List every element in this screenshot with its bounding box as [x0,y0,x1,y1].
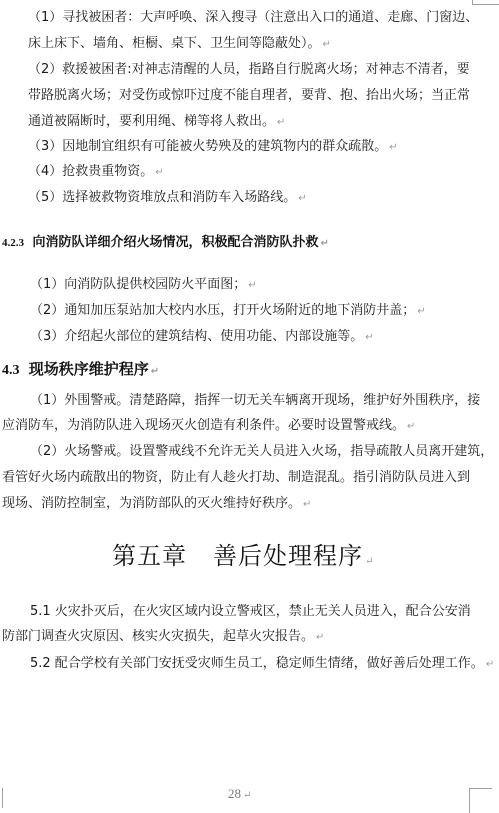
paragraph-mark-icon: ↵ [248,280,256,291]
chapter-title: 善后处理程序 [213,542,363,570]
list-item-2-line-2: 带路脱离火场；对受伤或惊吓过度不能自理者，要背、抱、抬出火场；当正常 [28,88,470,104]
chapter-heading: 第五章善后处理程序↵ [112,541,374,577]
paragraph-4-3-1-line-2: 应消防车，为消防队进入现场灭火创造有利条件。必要时设置警戒线。↵ [2,418,415,435]
paragraph-4-3-2-line-2: 看管好火场内疏散出的物资，防止有人趁火打劫、制造混乱。指引消防队员进入到 [2,470,470,486]
list-item-2-line-1: （2）救援被困者:对神志清醒的人员，指路自行脱离火场；对神志不清者，要 [28,62,470,78]
list-item-3: （3）因地制宜组织有可能被火势殃及的建筑物内的群众疏散。↵ [28,139,398,156]
list-item-4-2-3-3: （3）介绍起火部位的建筑结构、使用功能、内部设施等。↵ [30,329,374,346]
heading-4-3: 4.3 现场秩序维护程序↵ [2,359,159,382]
paragraph-4-3-2-line-3: 现场、消防控制室，为消防部队的灭火维持好秩序。↵ [2,496,311,513]
paragraph-mark-icon: ↵ [389,142,397,153]
paragraph-mark-icon: ↵ [486,659,494,670]
paragraph-mark-icon: ↵ [303,499,311,510]
heading-number: 4.2.3 [2,237,24,249]
paragraph-4-3-2-line-1: （2）火场警戒。设置警戒线不允许无关人员进入火场，指导疏散人员离开建筑， [30,444,493,460]
paragraph-mark-icon: ↵ [407,421,415,432]
crop-mark-bottom-right [469,788,492,813]
heading-4-2-3: 4.2.3 向消防队详细介绍火场情况，积极配合消防队扑救↵ [2,234,329,253]
paragraph-4-3-1-line-1: （1）外围警戒。清楚路障，指挥一切无关车辆离开现场，维护好外围秩序，接 [30,393,480,409]
paragraph-mark-icon: ↵ [298,193,306,204]
document-page: （1）寻找被困者：大声呼唤、深入搜寻（注意出入口的通道、走廊、门窗边、 床上床下… [0,0,499,813]
paragraph-mark-icon: ↵ [316,632,324,643]
list-item-4-2-3-1: （1）向消防队提供校园防火平面图；↵ [30,277,257,294]
list-item-4: （4）抢救贵重物资。↵ [28,164,164,181]
paragraph-mark-icon: ↵ [321,238,329,249]
list-item-4-2-3-2: （2）通知加压泵站加大校内水压，打开火场附近的地下消防井盖；↵ [30,303,426,320]
paragraph-mark-icon: ↵ [323,39,331,50]
paragraph-5-1-line-1: 5.1 火灾扑灭后，在火灾区域内设立警戒区，禁止无关人员进入，配合公安消 [30,604,471,620]
paragraph-mark-icon: ↵ [417,306,425,317]
paragraph-mark-icon: ↵ [365,556,374,567]
paragraph-mark-icon: ↵ [155,167,163,178]
page-number: 28↵ [228,786,251,802]
paragraph-mark-icon: ↵ [365,332,373,343]
crop-mark-bottom-left [0,788,3,808]
list-item-2-line-3: 通道被隔断时，要利用绳、梯等将人救出。↵ [28,114,285,131]
chapter-label: 第五章 [112,542,187,570]
crop-mark-top-right [472,0,499,5]
paragraph-5-1-line-2: 防部门调查火灾原因、核实火灾损失，起草火灾报告。↵ [2,629,324,646]
heading-title: 向消防队详细介绍火场情况，积极配合消防队扑救 [33,235,319,250]
list-item-1-line-1: （1）寻找被困者：大声呼唤、深入搜寻（注意出入口的通道、走廊、门窗边、 [28,10,478,26]
paragraph-mark-icon: ↵ [277,117,285,128]
list-item-5: （5）选择被救物资堆放点和消防车入场路线。↵ [28,190,307,207]
paragraph-mark-icon: ↵ [243,790,251,801]
heading-title: 现场秩序维护程序 [29,360,149,378]
heading-number: 4.3 [2,363,20,378]
paragraph-5-2: 5.2 配合学校有关部门安抚受灾师生员工，稳定师生情绪，做好善后处理工作。↵ [30,656,494,673]
list-item-1-line-2: 床上床下、墙角、柜橱、桌下、卫生间等隐蔽处）。↵ [28,36,331,53]
paragraph-mark-icon: ↵ [151,366,159,377]
